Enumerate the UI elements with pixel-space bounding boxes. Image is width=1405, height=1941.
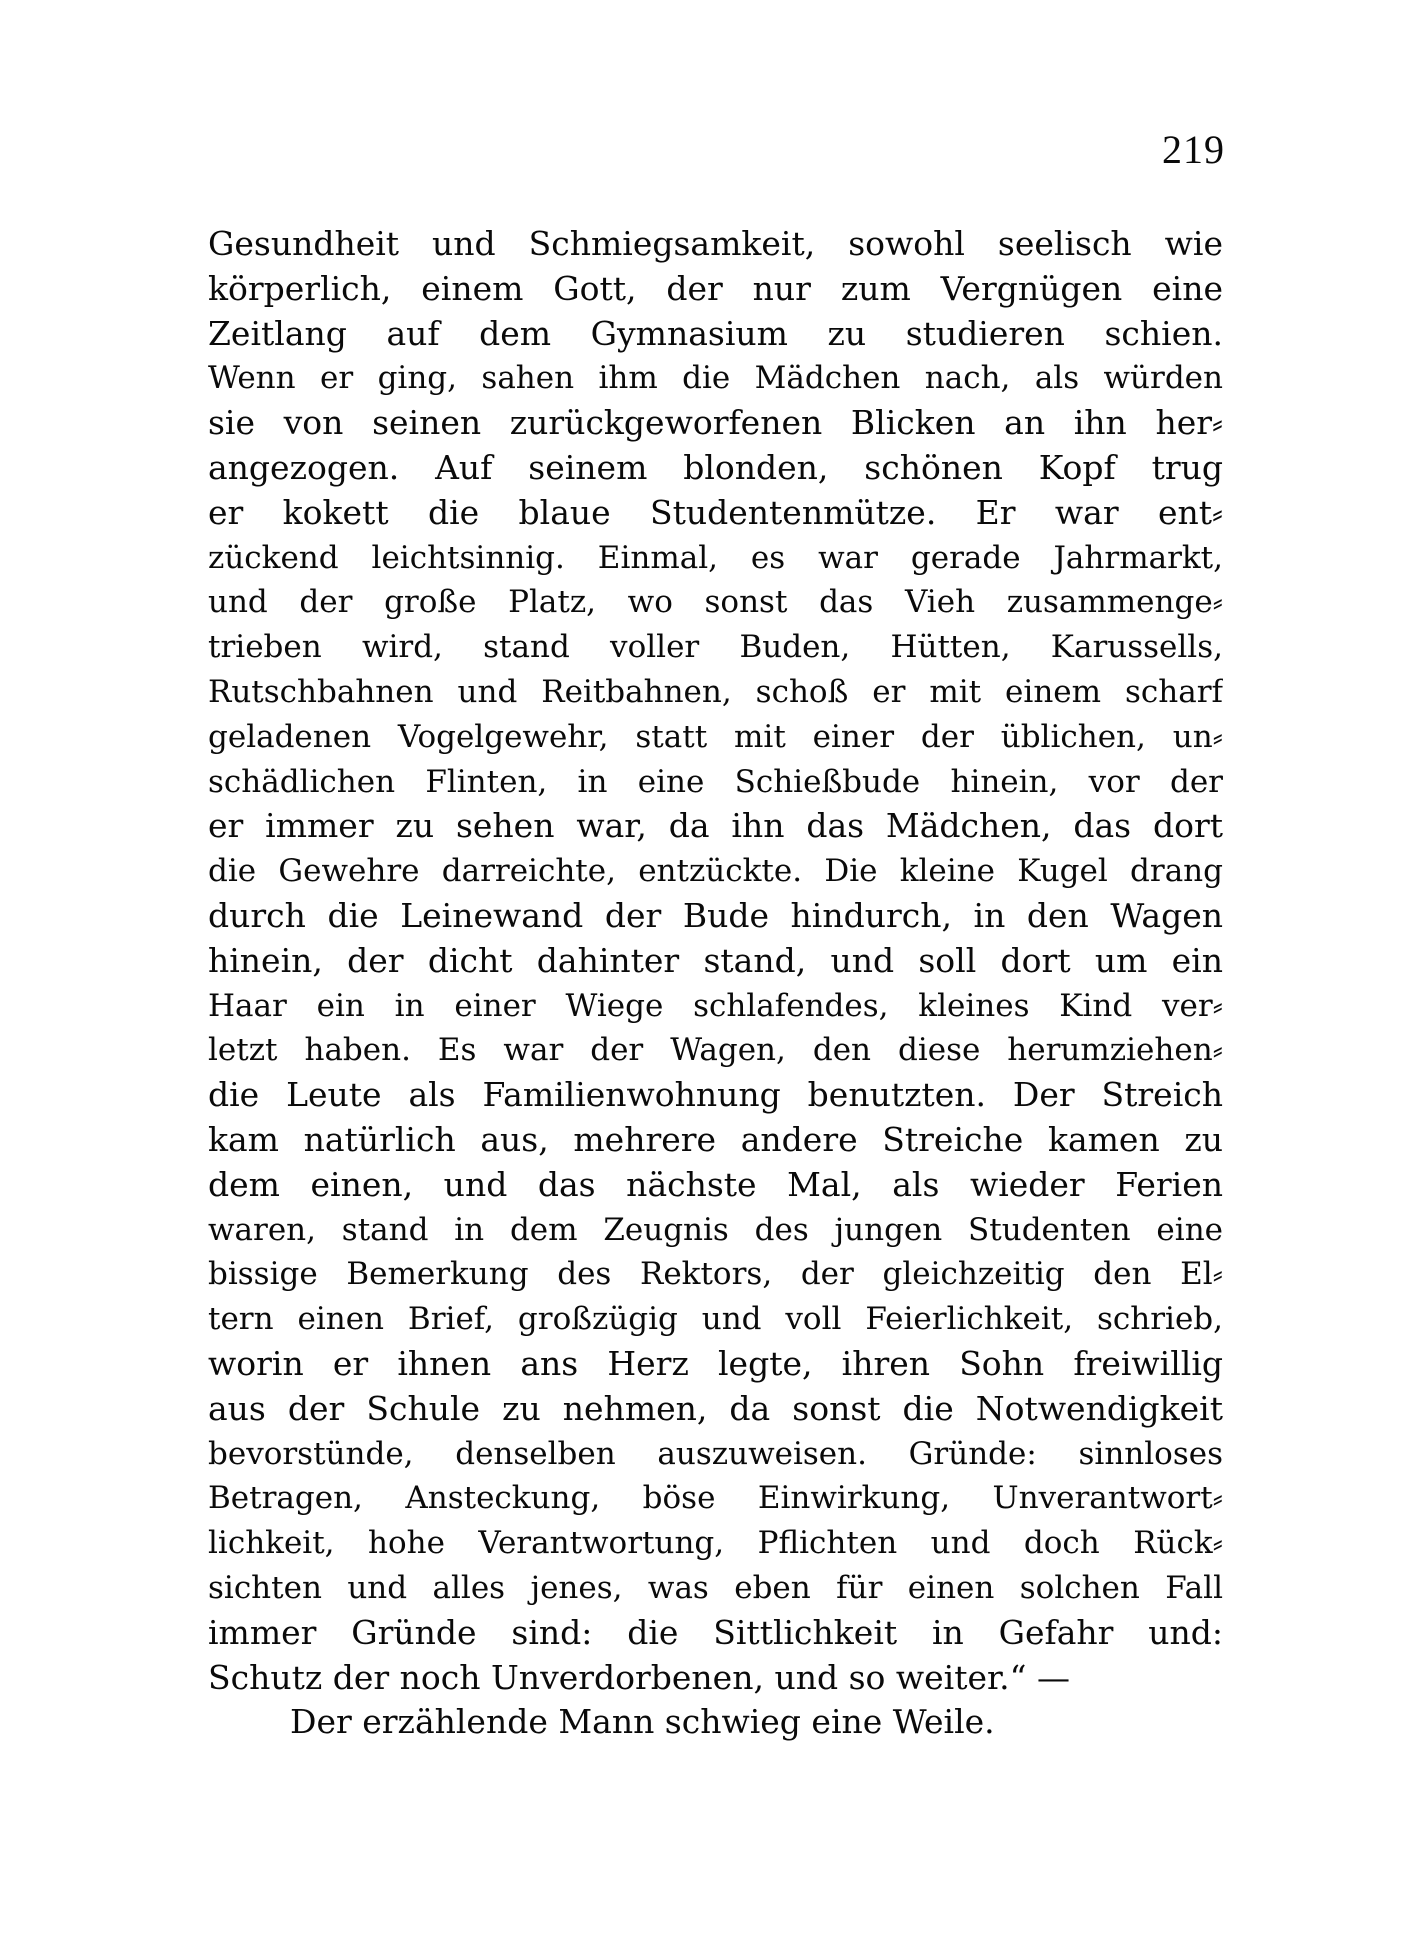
- text-line: er kokett die blaue Studentenmütze. Er w…: [208, 491, 1223, 536]
- text-line: trieben wird, stand voller Buden, Hütten…: [208, 625, 1223, 670]
- text-line: lichkeit, hohe Verantwortung, Pflichten …: [208, 1521, 1223, 1566]
- text-line: durch die Leinewand der Bude hindurch, i…: [208, 894, 1223, 939]
- text-line: sichten und alles jenes, was eben für ei…: [208, 1566, 1223, 1611]
- text-line: kam natürlich aus, mehrere andere Streic…: [208, 1118, 1223, 1163]
- text-line: Wenn er ging, sahen ihm die Mädchen nach…: [208, 356, 1223, 401]
- text-line: bevorstünde, denselben auszuweisen. Grün…: [208, 1432, 1223, 1477]
- text-line: Zeitlang auf dem Gymnasium zu studieren …: [208, 312, 1223, 357]
- page-number: 219: [1162, 128, 1225, 172]
- text-line: hinein, der dicht dahinter stand, und so…: [208, 939, 1223, 984]
- text-line: angezogen. Auf seinem blonden, schönen K…: [208, 446, 1223, 491]
- text-line: immer Gründe sind: die Sittlichkeit in G…: [208, 1611, 1223, 1656]
- text-line: Rutschbahnen und Reitbahnen, schoß er mi…: [208, 670, 1223, 715]
- text-line: Betragen, Ansteckung, böse Einwirkung, U…: [208, 1476, 1223, 1521]
- text-line: worin er ihnen ans Herz legte, ihren Soh…: [208, 1342, 1223, 1387]
- text-line: zückend leichtsinnig. Einmal, es war ger…: [208, 536, 1223, 581]
- text-line: waren, stand in dem Zeugnis des jungen S…: [208, 1208, 1223, 1253]
- text-line: bissige Bemerkung des Rektors, der gleic…: [208, 1252, 1223, 1297]
- text-line: letzt haben. Es war der Wagen, den diese…: [208, 1028, 1223, 1073]
- text-line: tern einen Brief, großzügig und voll Fei…: [208, 1297, 1223, 1342]
- text-line: geladenen Vogelgewehr, statt mit einer d…: [208, 715, 1223, 760]
- text-line: Gesundheit und Schmiegsamkeit, sowohl se…: [208, 222, 1223, 267]
- text-line: und der große Platz, wo sonst das Vieh z…: [208, 580, 1223, 625]
- paragraph-start-line: Der erzählende Mann schwieg eine Weile.: [208, 1700, 1223, 1745]
- body-text: Gesundheit und Schmiegsamkeit, sowohl se…: [208, 222, 1223, 1745]
- text-line: die Gewehre darreichte, entzückte. Die k…: [208, 849, 1223, 894]
- text-line: sie von seinen zurückgeworfenen Blicken …: [208, 401, 1223, 446]
- text-line: schädlichen Flinten, in eine Schießbude …: [208, 760, 1223, 805]
- text-line: Schutz der noch Unverdorbenen, und so we…: [208, 1656, 1223, 1701]
- text-line: die Leute als Familienwohnung benutzten.…: [208, 1073, 1223, 1118]
- text-line: dem einen, und das nächste Mal, als wied…: [208, 1163, 1223, 1208]
- text-line: er immer zu sehen war, da ihn das Mädche…: [208, 804, 1223, 849]
- text-line: körperlich, einem Gott, der nur zum Verg…: [208, 267, 1223, 312]
- text-line: Haar ein in einer Wiege schlafendes, kle…: [208, 984, 1223, 1029]
- text-line: aus der Schule zu nehmen, da sonst die N…: [208, 1387, 1223, 1432]
